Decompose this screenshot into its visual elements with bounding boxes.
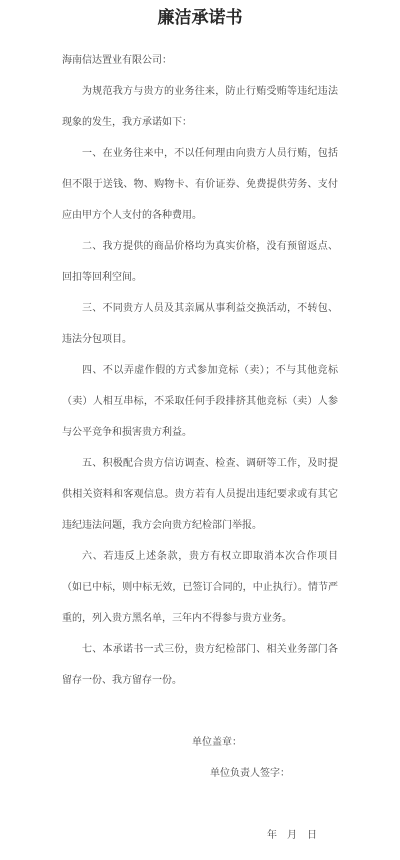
clause-7: 七、本承诺书一式三份，贵方纪检部门、相关业务部门各留存一份、我方留存一份。 [62, 634, 338, 696]
recipient-line: 海南信达置业有限公司： [62, 45, 338, 76]
document-title: 廉洁承诺书 [0, 0, 400, 29]
document-body: 海南信达置业有限公司： 为规范我方与贵方的业务往来，防止行贿受贿等违纪违法现象的… [0, 29, 400, 851]
signature-block: 单位盖章： 单位负责人签字： 年 月 日 [62, 727, 338, 851]
document-page: 廉洁承诺书 海南信达置业有限公司： 为规范我方与贵方的业务往来，防止行贿受贿等违… [0, 0, 400, 860]
clause-6: 六、若违反上述条款，贵方有权立即取消本次合作项目（如已中标，则中标无效，已签订合… [62, 541, 338, 634]
clause-2: 二、我方提供的商品价格均为真实价格，没有预留返点、回扣等回利空间。 [62, 231, 338, 293]
clause-3: 三、不同贵方人员及其亲属从事利益交换活动，不转包、违法分包项目。 [62, 293, 338, 355]
unit-signer-label: 单位负责人签字： [210, 758, 338, 789]
paragraph-intro: 为规范我方与贵方的业务往来，防止行贿受贿等违纪违法现象的发生，我方承诺如下： [62, 76, 338, 138]
clause-5: 五、积极配合贵方信访调查、检查、调研等工作，及时提供相关资料和客观信息。贵方若有… [62, 448, 338, 541]
clause-1: 一、在业务往来中，不以任何理由向贵方人员行贿，包括但不限于送钱、物、购物卡、有价… [62, 138, 338, 231]
date-line: 年 月 日 [267, 820, 338, 851]
clause-4: 四、不以弄虚作假的方式参加竞标（卖）；不与其他竞标（卖）人相互串标，不采取任何手… [62, 355, 338, 448]
unit-seal-label: 单位盖章： [192, 727, 338, 758]
